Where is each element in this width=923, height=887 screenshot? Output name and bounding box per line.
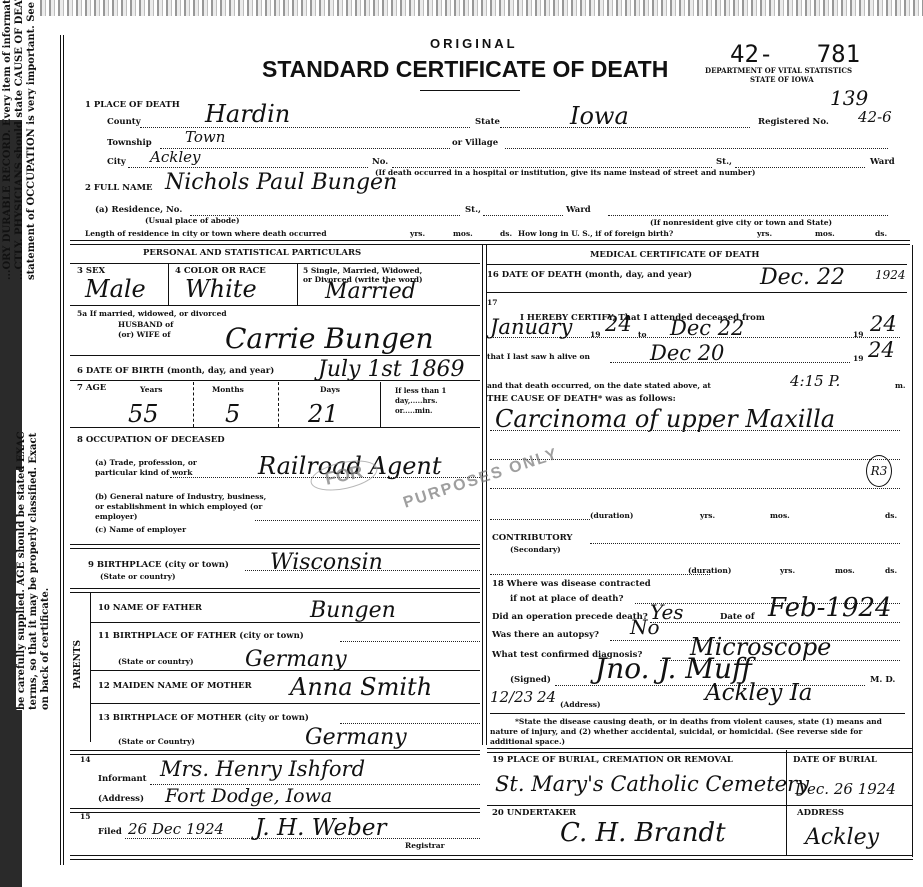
age-years-value[interactable]: 55	[128, 400, 159, 428]
informant-number: 14	[80, 755, 90, 764]
row-line	[487, 748, 912, 753]
certify-number: 17	[487, 298, 497, 307]
last-saw-line	[610, 362, 850, 363]
age-years-label: Years	[140, 385, 163, 394]
city-value[interactable]: Ackley	[150, 148, 200, 166]
attended-to-year-prefix: 19	[853, 330, 863, 339]
undertaker-address-value[interactable]: Ackley	[805, 825, 879, 850]
how-long-yrs: yrs.	[757, 229, 772, 238]
contributory-line	[590, 543, 900, 544]
informant-address-label: (Address)	[98, 794, 144, 804]
city-field-line	[128, 167, 368, 168]
md-label: M. D.	[870, 675, 895, 685]
disease-contracted-sub: if not at place of death?	[510, 594, 623, 604]
village-field-line	[505, 148, 888, 149]
department-label: DEPARTMENT OF VITAL STATISTICS	[705, 66, 852, 75]
residence-sub-label: (Usual place of abode)	[145, 216, 240, 225]
page-title: STANDARD CERTIFICATE OF DEATH	[262, 56, 668, 83]
operation-label: Did an operation precede death?	[492, 612, 648, 622]
informant-address-value[interactable]: Fort Dodge, Iowa	[165, 785, 332, 807]
side-note-line: statement of OCCUPATION is very importan…	[26, 20, 38, 280]
form-left-border	[60, 35, 64, 865]
last-saw-value[interactable]: Dec 20	[650, 341, 724, 365]
contributory-yrs: yrs.	[780, 566, 795, 575]
no-label: No.	[372, 157, 388, 167]
color-race-value[interactable]: White	[185, 275, 257, 303]
personal-heading: PERSONAL AND STATISTICAL PARTICULARS	[143, 248, 361, 258]
township-field-line	[160, 148, 450, 149]
row-line	[90, 622, 480, 623]
attended-from-value[interactable]: January	[490, 315, 572, 339]
disease-contracted-label: 18 Where was disease contracted	[492, 579, 651, 589]
age-days-value[interactable]: 21	[308, 400, 339, 428]
spouse-label-3: (or) WIFE of	[118, 330, 170, 339]
scan-edge-noise	[40, 0, 923, 16]
registered-label: Registered No.	[758, 117, 829, 127]
county-label: County	[107, 117, 141, 127]
cause-line-1	[490, 430, 900, 431]
occupation-trade-label: (a) Trade, profession, or particular kin…	[95, 458, 230, 478]
residence-st-label: St.,	[465, 205, 481, 215]
burial-date-label: DATE OF BURIAL	[793, 755, 877, 765]
hospital-note: (If death occurred in a hospital or inst…	[375, 168, 755, 177]
last-saw-label: that I last saw h alive on	[487, 352, 590, 361]
ward-label: Ward	[870, 157, 895, 167]
occupation-industry-line	[255, 520, 480, 521]
row-line	[70, 305, 480, 306]
cell-divider	[380, 382, 381, 427]
spouse-label-1: 5a If married, widowed, or divorced	[77, 309, 227, 318]
cell-divider	[278, 382, 279, 427]
undertaker-address-label: ADDRESS	[797, 808, 844, 818]
medical-heading: MEDICAL CERTIFICATE OF DEATH	[590, 250, 759, 260]
dob-label: 6 DATE OF BIRTH (month, day, and year)	[77, 366, 274, 376]
how-long-us-label: How long in U. S., if of foreign birth?	[518, 229, 673, 238]
cause-footnote: *State the disease causing death, or in …	[490, 717, 905, 747]
attended-to-year[interactable]: 24	[870, 312, 897, 336]
date-of-death-label: 16 DATE OF DEATH (month, day, and year)	[487, 270, 692, 280]
operation-date-label: Date of	[720, 612, 755, 622]
row-line	[90, 670, 480, 671]
signed-date-value[interactable]: 12/23	[490, 688, 533, 706]
state-label: STATE OF IOWA	[750, 75, 814, 84]
contributory-sub: (Secondary)	[510, 545, 561, 554]
length-residence-label: Length of residence in city or town wher…	[85, 229, 327, 238]
side-instructions-upper: ...ORY DURABLE RECORD. Every item of inf…	[2, 20, 38, 280]
date-of-death-value[interactable]: Dec. 22	[760, 265, 845, 290]
burial-place-label: 19 PLACE OF BURIAL, CREMATION OR REMOVAL	[492, 755, 733, 765]
side-note-line: be carefully supplied. AGE should be sta…	[16, 470, 28, 710]
filed-value[interactable]: 26 Dec 1924	[128, 820, 224, 838]
time-of-death-suffix: m.	[895, 381, 906, 390]
township-label: Township	[107, 138, 152, 148]
row-line	[70, 808, 480, 813]
father-birthplace-value[interactable]: Germany	[245, 647, 347, 672]
contributory-duration: (duration)	[688, 566, 731, 575]
form-bottom-border	[70, 855, 913, 860]
less-than-day-label: If less than 1 day,.....hrs. or.....min.	[395, 386, 475, 416]
how-long-mos: mos.	[815, 229, 835, 238]
parents-divider	[90, 592, 91, 742]
row-line	[70, 263, 480, 264]
side-note-line: terms, so that it may be properly classi…	[28, 470, 40, 710]
duration-label: (duration)	[590, 511, 633, 520]
side-note-line: ...ORY DURABLE RECORD. Every item of inf…	[2, 20, 14, 280]
row-line	[70, 355, 480, 356]
filed-label: Filed	[98, 827, 122, 837]
date-of-death-year[interactable]: 1924	[875, 268, 906, 282]
row-line	[70, 544, 480, 549]
residence-nonresident-line	[608, 215, 888, 216]
signed-label: (Signed)	[510, 675, 551, 685]
time-of-death-value[interactable]: 4:15 P.	[790, 372, 840, 390]
residence-ward-label: Ward	[566, 205, 591, 215]
county-value[interactable]: Hardin	[205, 100, 290, 128]
mother-name-label: 12 MAIDEN NAME OF MOTHER	[98, 681, 252, 691]
death-occurred-label: and that death occurred, on the date sta…	[487, 381, 711, 390]
nonresident-note: (If nonresident give city or town and St…	[650, 218, 832, 227]
row-line	[490, 713, 905, 714]
attended-from-year-prefix: 19	[590, 330, 600, 339]
attended-to-value[interactable]: Dec 22	[670, 316, 744, 340]
age-months-label: Months	[212, 385, 244, 394]
how-long-ds: ds.	[875, 229, 887, 238]
original-label: ORIGINAL	[430, 36, 518, 51]
title-underline	[420, 90, 520, 91]
dob-value[interactable]: July 1st 1869	[318, 357, 465, 382]
signed-year-value[interactable]: 24	[537, 688, 556, 706]
occupation-label: 8 OCCUPATION OF DECEASED	[77, 435, 225, 445]
row-line	[487, 805, 912, 806]
registered-value[interactable]: 42-6	[858, 108, 892, 126]
mother-birthplace-line	[340, 723, 480, 724]
place-of-death-label: 1 PLACE OF DEATH	[85, 100, 180, 110]
side-note-line: ...CTLY. PHYSICIANS should state CAUSE O…	[14, 20, 26, 280]
cell-divider	[193, 382, 194, 427]
cell-divider	[297, 263, 298, 305]
physician-address-label: (Address)	[560, 700, 601, 709]
village-label: or Village	[452, 138, 498, 148]
burial-place-value[interactable]: St. Mary's Catholic Cemetery	[495, 772, 809, 796]
mother-birthplace-value[interactable]: Germany	[305, 725, 407, 750]
length-ds: ds.	[500, 229, 512, 238]
st-label: St.,	[716, 157, 732, 167]
birthplace-label: 9 BIRTHPLACE (city or town)	[88, 560, 229, 570]
age-days-label: Days	[320, 385, 340, 394]
length-yrs: yrs.	[410, 229, 425, 238]
last-saw-year[interactable]: 24	[868, 338, 895, 362]
column-divider	[482, 245, 487, 745]
duration-line	[490, 519, 590, 520]
marital-status-value[interactable]: Married	[325, 279, 416, 304]
side-note-line: on back of certificate.	[40, 470, 52, 710]
undertaker-value[interactable]: C. H. Brandt	[560, 818, 726, 848]
full-name-label: 2 FULL NAME	[85, 183, 153, 193]
certificate-number: 42- 781	[730, 40, 860, 68]
duration-ds: ds.	[885, 511, 897, 520]
autopsy-label: Was there an autopsy?	[492, 630, 599, 640]
attended-to-label: to	[638, 330, 646, 339]
cause-of-death-value[interactable]: Carcinoma of upper Maxilla	[495, 405, 835, 433]
spouse-value[interactable]: Carrie Bungen	[225, 322, 433, 355]
undertaker-label: 20 UNDERTAKER	[492, 808, 576, 818]
state-value[interactable]: Iowa	[570, 102, 629, 130]
birthplace-sub-label: (State or country)	[100, 572, 176, 581]
age-months-value[interactable]: 5	[225, 400, 240, 428]
contributory-mos: mos.	[835, 566, 855, 575]
burial-date-value[interactable]: Dec. 26 1924	[795, 780, 896, 798]
informant-label: Informant	[98, 774, 147, 784]
registrar-signature[interactable]: J. H. Weber	[255, 815, 386, 841]
contributory-label: CONTRIBUTORY	[492, 533, 573, 543]
form-right-border	[912, 245, 913, 857]
contributory-duration-line	[490, 574, 710, 575]
row-line	[487, 292, 907, 293]
duration-mos: mos.	[770, 511, 790, 520]
birthplace-value[interactable]: Wisconsin	[270, 550, 383, 575]
cell-divider	[168, 263, 169, 305]
state-field-label: State	[475, 117, 500, 127]
row-line	[70, 750, 480, 755]
autopsy-value[interactable]: No	[630, 615, 660, 639]
occupation-industry-label: (b) General nature of Industry, business…	[95, 492, 270, 522]
registrar-label: Registrar	[405, 841, 445, 850]
operation-date-value[interactable]: Feb-1924	[768, 593, 892, 623]
attended-from-year[interactable]: 24	[605, 312, 632, 336]
coding-mark: R3	[866, 455, 892, 487]
father-birthplace-sub: (State or country)	[118, 657, 194, 666]
father-name-value[interactable]: Bungen	[310, 598, 396, 623]
row-line	[90, 703, 480, 704]
contributory-ds: ds.	[885, 566, 897, 575]
full-name-value[interactable]: Nichols Paul Bungen	[165, 170, 397, 195]
informant-value[interactable]: Mrs. Henry Ishford	[160, 757, 365, 781]
last-saw-year-prefix: 19	[853, 354, 863, 363]
cause-of-death-label: THE CAUSE OF DEATH* was as follows:	[487, 394, 676, 404]
age-label: 7 AGE	[77, 383, 106, 393]
mother-birthplace-sub: (State or Country)	[118, 737, 195, 746]
physician-address-value[interactable]: Ackley Ia	[705, 680, 813, 706]
duration-yrs: yrs.	[700, 511, 715, 520]
cell-divider	[786, 750, 787, 855]
sex-value[interactable]: Male	[85, 275, 146, 303]
mother-name-value[interactable]: Anna Smith	[290, 673, 432, 701]
spouse-label-2: HUSBAND of	[118, 320, 173, 329]
side-instructions-lower: be carefully supplied. AGE should be sta…	[16, 470, 52, 710]
file-note: 139	[830, 86, 868, 110]
city-label: City	[107, 157, 126, 167]
cause-line-3	[490, 488, 900, 489]
father-name-label: 10 NAME OF FATHER	[98, 603, 202, 613]
residence-st-line	[483, 215, 563, 216]
mother-birthplace-label: 13 BIRTHPLACE OF MOTHER (city or town)	[98, 713, 309, 723]
section-divider	[70, 240, 910, 245]
filed-number: 15	[80, 812, 90, 821]
father-birthplace-label: 11 BIRTHPLACE OF FATHER (city or town)	[98, 631, 304, 641]
residence-label: (a) Residence, No.	[95, 205, 182, 215]
row-line	[70, 380, 480, 381]
township-value[interactable]: Town	[185, 128, 225, 146]
parents-label: PARENTS	[72, 640, 84, 689]
father-birthplace-line	[340, 641, 480, 642]
row-line	[70, 588, 480, 593]
row-line	[70, 427, 480, 428]
length-mos: mos.	[453, 229, 473, 238]
employer-label: (c) Name of employer	[95, 525, 186, 534]
